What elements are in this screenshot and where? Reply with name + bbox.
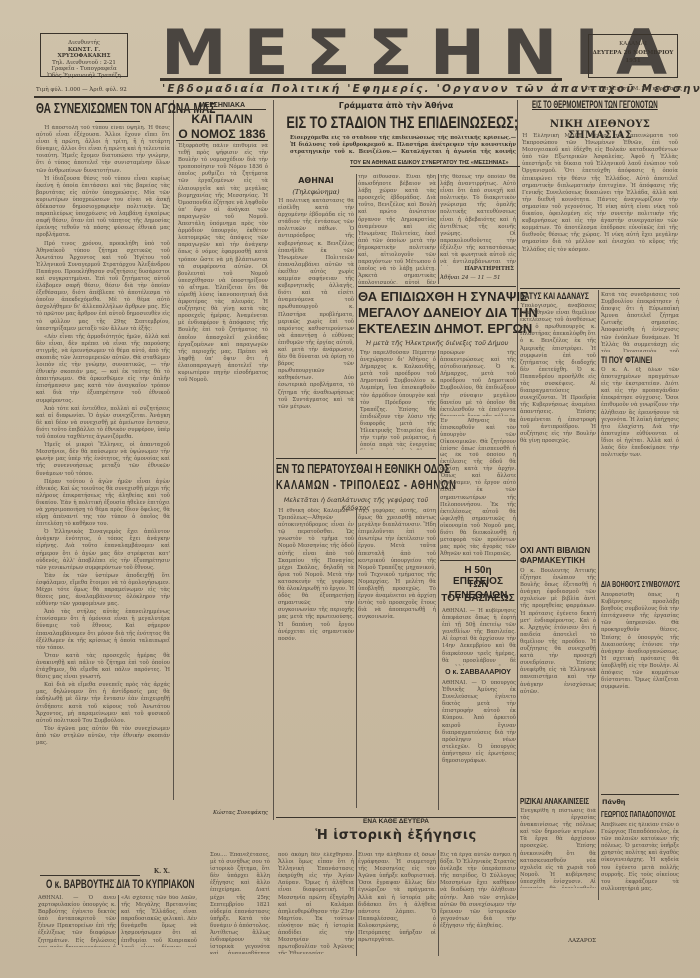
publisher-box: Διευθυντής ΚΩΝΣΤ. Γ. ΧΡΥΣΟΦΑΚΑΚΗΣ Τηλ. Δ… [40,33,128,77]
athens-kicker: Γράμματα ἀπὸ τὴν Ἀθήνα [276,101,516,110]
lead-signature: Κ. Χ. [100,868,170,875]
section-rule [40,875,140,876]
lead-paragraph: Πέραν τούτου ὁ ἀγὼν ἡμῶν εἶναι ἀγὼν ἐθνι… [36,479,170,529]
athens-signature: ΠΑΡΑΤΗΡΗΤΗΣ [440,266,514,272]
lead-paragraph: Ἡμεῖς οἱ μικροὶ Ἕλληνες, οἱ ἀπανταχοῦ Με… [36,442,170,477]
column-divider [356,508,357,808]
right-a-headline-3: ΡΙΖΙΚΑΙ ΑΝΑΚΑΙΝΙΣΕΙΣ [520,796,610,806]
column-divider [173,100,174,800]
column-divider [438,850,439,956]
loan-deck: Ἡ μετὰ τῆς Ἠλεκτρικῆς διένεξις τοῦ Δήμου [358,339,516,347]
history-col1: Σου.... Ἐπανεξέτασες, μὲ τὸ συνήθως σου … [210,852,270,954]
lead-paragraph: Πρό τινος χρόνου, προεκλήθη ὑπὸ τοῦ Ἀθην… [36,241,170,333]
lead-paragraph: Ἀπὸ τὰς στήλας αὐτὰς ἐπανειλημμένως ἐτον… [36,609,170,652]
column-divider [438,450,439,810]
messiniaka-headline-2: Ο ΝΟΜΟΣ 1836 [176,127,268,141]
column-divider [273,100,274,820]
publisher-offices: Γραφεῖα - Τυπογραφεῖα [41,66,127,73]
loan-col2: προώρων τῆς ἀποκεντρώσεως καὶ τῆς αὐτοδι… [440,350,516,416]
column-divider [438,350,439,450]
right-b-body: Κατὰ τὰς συνεδριάσεις τοῦ Συμβουλίου ἐπε… [601,292,679,352]
athens-deck: Εἰσερχόμεθα εἰς τὸ στάδιον τῆς ἐπιδεινώσ… [290,135,516,157]
loan-col3: Ἐν Ἀθήναις θὰ ἐπισκεφθοῦν καὶ τὸν ὑπουργ… [440,418,516,450]
lead-paragraph: Ἡ ἰδιάζουσα θέσις τοῦ τύπου εἶναι κυρίως… [36,176,170,240]
kanellopoulos-headline: Ο κ. ΣΑΒΒΑΛΑΡΙΟΥ [440,669,516,676]
loan-headline-1: ΘΑ ΕΠΙΔΙΩΧΘΗ Η ΣΥΝΑΨΙΣ [358,289,516,304]
history-col3: Εἶναι τὴν ἀλήθειαν ἐξ ὅσων ἐγράφησαν. Ἡ … [358,852,436,954]
section-rule [276,458,436,459]
column-divider [438,174,439,284]
lead-paragraph: «Δὲν εἶναι τῆς ἁρμοδιότητός ἡμῶν, ἀλλὰ κ… [36,334,170,405]
lead-paragraph: Ὁ Ἑλληνικὸς Συναγερμὸς ἔχει ἀπόλυτον ἀνά… [36,529,170,572]
date-day: ΔΕΥΤΕΡΑ 26 ΝΟΕΜΒΡΙΟΥ [589,50,677,57]
right-a-body: Ὑπολογισμός, ἀναβάσεις τῶν Ἀθηνῶν εἶναι … [520,303,596,543]
loan-col1: Τὴν παρελθοῦσαν Πέμπτην ἀνεχώρησεν δι' Ἀ… [360,350,436,450]
column-divider [517,100,518,900]
right-b-body-3: Ἀπεφασίσθη ὅπως ἡ Κυβέρνησις προσλάβῃ βο… [601,592,679,792]
kanellopoulos-body: ΑΘΗΝΑΙ. — Ὁ ὑπουργὸς Ἐθνικῆς Ἀμύνης ἐκ Σ… [442,680,516,810]
section-rule [520,288,680,289]
section-rule [358,286,516,287]
varvoutis-col2: «Αἱ σχέσεις τῶν δύο λαῶν, τῆς Μεγάλης Βρ… [121,895,197,947]
section-rule [601,794,679,795]
messiniaka-signature: Κώστας Συνεφάκης [178,810,268,816]
thermometer-kicker: ΕΙΣ ΤΟ ΘΕΡΜΟΜΕΤΡΟΝ ΤΩΝ ΓΕΓΟΝΟΤΩΝ [532,99,678,111]
header-bottom-rule [34,96,680,98]
right-a-headline-2: ΟΧΙ ΑΝΤΙ ΒΙΒΛΙΩΝ ΦΑΡΜΑΚΕΥΤΙΚΗ [520,546,598,566]
right-a-body-3: Ἐνεγκρίθη ἡ πίστωσις διὰ τὰς ἐργασίας ἀν… [520,808,596,888]
athens-byline: ΤΟΥ ΕΝ ΑΘΗΝΑΙΣ ΕΙΔΙΚΟΥ ΣΥΝΕΡΓΑΤΟΥ ΤΗΣ «Μ… [350,160,520,167]
lead-paragraph: Ἀπὸ τότε καὶ ἐντεῦθεν, πολλαὶ αἱ συζητήσ… [36,406,170,441]
athens-subdateline: (Τηλεφώνημα) [276,188,356,196]
right-a-body-2: Ὁ κ. Βουλευτὴς Ἀττικῆς ἐζήτησε ἐνώπιον τ… [520,568,596,794]
history-col2: ποὺ ἀκόμη δὲν ἐλέχθησαν. Ἄλλοι ὅμως εἶπα… [278,852,354,954]
messiniaka-body: Ἐξεφράσθη πάλιν ἐπιθυμία νὰ τεθῇ πρὸς ψή… [178,143,268,803]
date-year: 1951 [589,58,677,65]
masthead-subtitle: 'Εβδομαδιαία Πολιτική 'Εφημερίς. 'Οργανο… [162,83,582,95]
history-headline: Ἡ ἱστορικὴ ἐξήγησις [276,828,516,843]
loan-headline-3: ΕΚΤΕΛΕΣΙΝ ΔΗΜΟΤ. ΕΡΓΩΝ [358,321,516,336]
loan-headline-2: ΜΕΓΑΛΟΥ ΔΑΝΕΙΟΥ ΔΙΑ ΤΗΝ [358,305,516,320]
athens-headline: ΕΙΣ ΤΟ ΣΤΑΔΙΟΝ ΤΗΣ ΕΠΙΔΕΙΝΩΣΕΩΣ; [286,113,519,133]
birthday-headline-3: ΤΟΥ ΒΑΣΙΛΕΩΣ [440,593,516,604]
lead-headline: ΘΑ ΣΥΝΕΧΙΣΩΜΕΝ ΤΟΝ ΑΓΩΝΑ ΜΑΣ [36,100,172,117]
highway-col1: Ἡ ἐθνικὴ ὁδὸς Καλαμῶν—Τριπόλεως—Ἀθηνῶν α… [278,508,354,808]
section-rule [440,560,516,561]
lead-paragraph: Ὅταν κατὰ τὰς προσεχεῖς ἡμέρας θὰ ἀνακιν… [36,653,170,681]
highway-headline-1: ΕΝ ΤΩ ΠΕΡΑΤΟΥΣΘΑΙ Η ΕΘΝΙΚΗ ΟΔΟΣ [276,461,434,476]
right-b-headline-2: ΔΙΑ ΒΟΗΘΟΥΣ ΣΥΜΒΟΥΛΟΥΣ [601,580,685,589]
publisher-name: ΚΩΝΣΤ. Γ. ΧΡΥΣΟΦΑΚΑΚΗΣ [41,47,127,60]
athens-dateline: ΑΘΗΝΑΙ [276,176,356,185]
highway-col3: ὡς ἐκ τοῦ ὁποίου ἡ ἐκτέλεσις τῆς ὁδοῦ θὰ… [440,452,516,557]
athens-col2: τὴν αἰθουσαν. Εἶναι ἤδη ὁπωσδήποτε βέβαι… [358,174,436,284]
right-top-body: Ἡ Ἐλληνικὴ Μεῖζα, ἐξέτασε τὰ ταπεινώματα… [522,133,678,285]
date-city: ΚΑΛΑΜΑΙ [589,41,677,48]
right-b-body-2: Ὁ κ. Α. ἐξ ὅλων τῶν ἀποτυχημένων πραγμάτ… [601,367,679,577]
lead-body: Ἡ ἀποστολὴ τοῦ τύπου εἶναι ὑψηλή. Ἡ θέσι… [36,125,170,815]
column-divider [598,290,599,900]
lead-paragraph: Τὸν ἀγῶνα μας αὐτὸν θὰ τὸν συνεχίσωμεν ἀ… [36,726,170,747]
date-box: ΚΑΛΑΜΑΙ ΔΕΥΤΕΡΑ 26 ΝΟΕΜΒΡΙΟΥ 1951 [588,34,678,78]
obituary-body: Ἀπεβίωσε εἰς ἡλικίαν ἐτῶν ὁ Γεώργιος Παπ… [601,822,679,946]
right-b-headline: ΤΙ ΠΟΥ ΦΤΑΙΝΕΙ [601,355,691,365]
athens-date: Ἀθῆναι 24 — 11 — 51 [440,275,516,281]
headline-underline [95,121,140,122]
athens-col1: Ἡ πολιτικὴ κατάστασις θὰ εἰσέλθῃ κατὰ τὴ… [278,198,354,458]
athens-col3: τῆς θέσεως τὴν ὁποίαν θὰ λάβῃ ἀναντιρρήτ… [440,174,516,266]
varvoutis-col1: ΑΘΗΝΑΙ. — Ὁ ἄνευ χαρτοφυλακίου ὑπουργὸς … [38,895,116,947]
varvoutis-headline: Ο κ. ΒΑΡΒΟΥΤΗΣ ΔΙΑ ΤΟ ΚΥΠΡΙΑΚΟΝ [46,877,182,891]
column-divider [356,174,357,454]
right-a-headline: ΕΑΤΥΣ ΚΑΙ ΑΔΑΝΑΥΣ [520,291,610,301]
column-divider [118,895,119,945]
highway-headline-2: ΚΑΛΑΜΩΝ - ΤΡΙΠΟΛΕΩΣ - ΑΘΗΝΩΝ [276,477,434,492]
messiniaka-kicker: ΜΕΣΣΗΝΙΑΚΑ [178,102,266,110]
highway-col2: τῆς γεφύρας αὐτῆς, αὕτη ὅμως θὰ χρειασθῇ… [358,508,436,808]
history-kicker: ΕΝΑ ΚΑΘΕ ΔΕΥΤΕΡΑ [276,818,516,825]
newspaper-page: Διευθυντής ΚΩΝΣΤ. Γ. ΧΡΥΣΟΦΑΚΑΚΗΣ Τηλ. Δ… [0,0,700,978]
history-col4: Εἰς τὰ ἔργα αὐτῶν ἀνήκει ἡ δόξα. Ὁ Ἑλλην… [440,852,516,954]
birthday-body: ΑΘΗΝΑΙ. — Ἡ κυβέρνησις ἀπεφάσισε ὅπως ἡ … [442,608,516,666]
column-divider [356,850,357,956]
editor-meta: Ὑπ. Τυπ. Ἐπιστ. Μ. Χρ. κεφάλαιος [584,86,684,93]
lead-paragraph: Ἐὰν ἐκ τῶν ὑστέρων ἀποδειχθῇ ὅτι ἐσφάλαμ… [36,573,170,608]
issue-meta: Τιμὴ φύλ. 1.000 — Ἀριθ. φύλ. 92 [36,87,136,94]
lead-paragraph: Ἡ ἀποστολὴ τοῦ τύπου εἶναι ὑψηλή. Ἡ θέσι… [36,125,170,175]
messiniaka-headline-1: ΚΑΙ ΠΑΛΙΝ [176,112,268,126]
masthead-rule [160,78,562,81]
obituary-kicker: Πάνθη [602,798,680,806]
lead-paragraph: Καὶ διὰ νὰ εἴμεθα συνεπεῖς πρὸς τὰς ἀρχά… [36,682,170,725]
publisher-address: Ὁδὸς Ἐμμανουὴλ Τραπέζη [41,73,127,80]
right-a-signature: ΛΑΖΑΡΟΣ [520,938,596,944]
obituary-headline: ΓΕΩΡΓΙΟΣ ΠΑΠΑΔΟΠΟΥΛΟΣ [601,810,683,819]
